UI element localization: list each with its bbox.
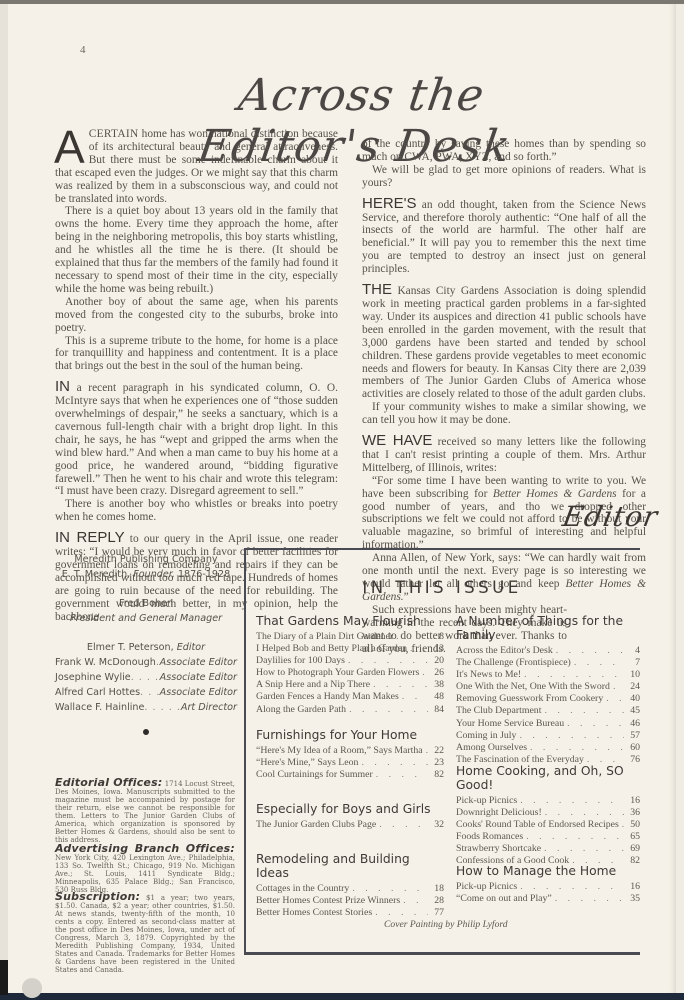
toc-entry[interactable]: A Snip Here and a Nip There. . . . . . .…: [256, 679, 444, 691]
leader-dots: . . . . . . . . . . . . . . . . . .: [400, 895, 428, 907]
leader-dots: . . . . . . . . . . . . . . . . . .: [553, 645, 624, 657]
lead-in: THE: [362, 281, 392, 298]
toc-section-gardens: That Gardens May FlourishThe Diary of a …: [256, 614, 444, 716]
toc-entry[interactable]: Strawberry Shortcake. . . . . . . . . . …: [456, 843, 640, 855]
toc-entry-title: How to Photograph Your Garden Flowers: [256, 667, 419, 679]
toc-section-title: Remodeling and Building Ideas: [256, 852, 444, 880]
toc-entry[interactable]: “Come on out and Play”. . . . . . . . . …: [456, 893, 640, 905]
toc-entry-title: The Diary of a Plain Dirt Gardener: [256, 631, 393, 643]
section-gap: [55, 373, 338, 381]
toc-entry-page: 60: [624, 742, 640, 754]
toc-entry-page: 7: [624, 657, 640, 669]
toc-entry-page: 23: [428, 757, 444, 769]
editorial-paragraph: of the country by saving these homes tha…: [362, 138, 646, 164]
founder-years: 1876-1928: [175, 569, 230, 580]
toc-entry[interactable]: The Challenge (Frontispiece). . . . . . …: [456, 657, 640, 669]
president-role-text: President and General Manager: [70, 613, 222, 624]
toc-entry-page: 77: [428, 907, 444, 919]
toc-section-remodeling: Remodeling and Building IdeasCottages in…: [256, 852, 444, 919]
toc-entry[interactable]: Foods Romances. . . . . . . . . . . . . …: [456, 831, 640, 843]
leader-dots: . . . . . . . . . . . . . . . . . .: [541, 705, 624, 717]
scan-bottom-border: [0, 993, 684, 1000]
toc-entry[interactable]: “Here's Mine,” Says Leon. . . . . . . . …: [256, 757, 444, 769]
toc-entry-title: Better Homes Contest Stories: [256, 907, 372, 919]
toc-entry[interactable]: I Helped Bob and Betty Plan a Garden. . …: [256, 643, 444, 655]
bullet-divider: [143, 729, 149, 735]
subscription-text: $1 a year; two years, $1.50. Canada, $2 …: [55, 894, 235, 974]
toc-entry[interactable]: How to Photograph Your Garden Flowers. .…: [256, 667, 444, 679]
toc-entry-page: 57: [624, 730, 640, 742]
toc-section-title: How to Manage the Home: [456, 864, 640, 878]
toc-entry-page: 84: [428, 704, 444, 716]
editorial-paragraph: There is a quiet boy about 13 years old …: [55, 205, 338, 295]
editorial-paragraph: ACERTAIN home has won national distincti…: [55, 128, 338, 205]
lead-in: WE HAVE: [362, 432, 432, 449]
founder-line: E. T. Meredith, Founder, 1876-1928: [55, 567, 237, 582]
toc-section-title: Home Cooking, and Oh, SO Good!: [456, 764, 640, 792]
leader-dots: . . . . . . . . . . . . . . . . . .: [516, 730, 624, 742]
toc-heading: IN THIS ISSUE: [244, 578, 640, 597]
toc-section-family: A Number of Things for the FamilyAcross …: [456, 614, 640, 766]
toc-entry-title: Pick-up Picnics: [456, 795, 517, 807]
toc-entry-title: “Come on out and Play”: [456, 893, 552, 905]
advertising-offices-text: New York City, 420 Lexington Ave.; Phila…: [55, 854, 235, 894]
toc-entry-page: 26: [428, 667, 444, 679]
toc-entry-page: 22: [428, 745, 444, 757]
editor-name: Elmer T. Peterson,: [87, 642, 177, 653]
leader-dots: . . . . . . . . . . . . . . . . . .: [407, 643, 428, 655]
toc-entry[interactable]: Cottages in the Country. . . . . . . . .…: [256, 883, 444, 895]
staff-row: Frank W. McDonough . . . . . . . . . . .…: [55, 655, 237, 670]
leader-dots: . . . . . . . . . . . . . . . . . .: [349, 883, 428, 895]
toc-entry-page: 82: [428, 769, 444, 781]
masthead: Meredith Publishing Company E. T. Meredi…: [55, 552, 237, 735]
toc-entry[interactable]: Removing Guesswork From Cookery. . . . .…: [456, 693, 640, 705]
page-left-edge: [0, 0, 8, 1000]
toc-entry-title: The Junior Garden Clubs Page: [256, 819, 376, 831]
leader-dots: . . . . . . . . . . . . . . . . . . . .: [131, 670, 160, 685]
toc-entry[interactable]: “Here's My Idea of a Room,” Says Martha.…: [256, 745, 444, 757]
editorial-paragraph: HERE'S an odd thought, taken from the Sc…: [362, 198, 646, 276]
toc-entry[interactable]: Daylilies for 100 Days. . . . . . . . . …: [256, 655, 444, 667]
toc-entry-page: 8: [428, 631, 444, 643]
leader-dots: . . . . . . . . . . . . . . . . . .: [517, 881, 624, 893]
leader-dots: . . . . . . . . . . . . . . . . . .: [346, 704, 428, 716]
founder-name: E. T. Meredith,: [62, 569, 134, 580]
staff-role: Associate Editor: [160, 670, 237, 685]
leader-dots: . . . . . . . . . . . . . . . . . .: [373, 769, 428, 781]
editorial-paragraph: IN a recent paragraph in his syndicated …: [55, 381, 338, 498]
toc-entry-title: Cottages in the Country: [256, 883, 349, 895]
toc-section-title: Especially for Boys and Girls: [256, 802, 444, 816]
toc-entry-page: 40: [624, 693, 640, 705]
toc-entry-page: 45: [624, 705, 640, 717]
advertising-offices: Advertising Branch Offices: New York Cit…: [55, 845, 235, 894]
toc-entry-page: 16: [624, 881, 640, 893]
editorial-paragraph: WE HAVE received so many letters like th…: [362, 435, 646, 475]
toc-entry[interactable]: Better Homes Contest Stories. . . . . . …: [256, 907, 444, 919]
toc-entry-title: Pick-up Picnics: [456, 881, 517, 893]
toc-entry-page: 24: [624, 681, 640, 693]
toc-entry-page: 48: [428, 691, 444, 703]
lead-in: CERTAIN: [89, 128, 139, 140]
leader-dots: . . . . . . . . . . . . . . . . . . . .: [144, 700, 181, 715]
publisher-name: Meredith Publishing Company: [55, 552, 237, 567]
toc-entry[interactable]: Cool Curtainings for Summer. . . . . . .…: [256, 769, 444, 781]
toc-entry[interactable]: Your Home Service Bureau. . . . . . . . …: [456, 718, 640, 730]
toc-entry-title: Garden Fences a Handy Man Makes: [256, 691, 399, 703]
toc-entry-title: The Challenge (Frontispiece): [456, 657, 571, 669]
leader-dots: . . . . . . . . . . . . . . . . . .: [345, 655, 428, 667]
leader-dots: . . . . . . . . . . . . . . . . . .: [399, 691, 428, 703]
staff-row: Josephine Wylie . . . . . . . . . . . . …: [55, 670, 237, 685]
toc-entry-title: It's News to Me!: [456, 669, 521, 681]
toc-entry[interactable]: Garden Fences a Handy Man Makes. . . . .…: [256, 691, 444, 703]
toc-entry-title: Foods Romances: [456, 831, 523, 843]
leader-dots: . . . . . . . . . . . . . . . . . .: [610, 681, 624, 693]
leader-dots: . . . . . . . . . . . . . . . . . .: [523, 831, 624, 843]
toc-entry[interactable]: The Junior Garden Clubs Page. . . . . . …: [256, 819, 444, 831]
toc-entry-title: Better Homes Contest Prize Winners: [256, 895, 400, 907]
leader-dots: . . . . . . . . . . . . . . . . . .: [552, 893, 624, 905]
toc-entry-page: 38: [428, 679, 444, 691]
leader-dots: . . . . . . . . . . . . . . . . . .: [603, 693, 624, 705]
lead-in: HERE'S: [362, 195, 417, 212]
drop-cap: A: [54, 128, 85, 166]
toc-entry[interactable]: One With the Net, One With the Sword. . …: [456, 681, 640, 693]
toc-entry[interactable]: Across the Editor's Desk. . . . . . . . …: [456, 645, 640, 657]
leader-dots: . . . . . . . . . . . . . . . . . .: [370, 679, 428, 691]
toc-section-manage: How to Manage the HomePick-up Picnics. .…: [456, 864, 640, 905]
toc-entry-title: Downright Delicious!: [456, 807, 542, 819]
editorial-paragraph: This is a supreme tribute to the home, f…: [55, 335, 338, 374]
toc-entry[interactable]: Among Ourselves. . . . . . . . . . . . .…: [456, 742, 640, 754]
staff-role: Art Director: [181, 700, 237, 715]
magazine-name: Better Homes & Gardens: [493, 488, 617, 500]
lead-in: IN REPLY: [55, 529, 125, 546]
staff-list: Frank W. McDonough . . . . . . . . . . .…: [55, 655, 237, 715]
section-gap: [362, 276, 646, 284]
toc-entry-title: Cooks' Round Table of Endorsed Recipes: [456, 819, 619, 831]
leader-dots: . . . . . . . . . . . . . . . . . .: [542, 807, 624, 819]
leader-dots: . . . . . . . . . . . . . . . . . .: [376, 819, 428, 831]
cover-credit: Cover Painting by Philip Lyford: [384, 919, 508, 930]
leader-dots: . . . . . . . . . . . . . . . . . .: [571, 657, 624, 669]
president-name: Fred Bohen: [55, 596, 237, 611]
toc-entry-title: “Here's My Idea of a Room,” Says Martha: [256, 745, 423, 757]
toc-entry-title: Among Ourselves: [456, 742, 527, 754]
toc-entry-title: “Here's Mine,” Says Leon: [256, 757, 358, 769]
toc-entry-title: Coming in July: [456, 730, 516, 742]
toc-entry-title: Strawberry Shortcake: [456, 843, 541, 855]
leader-dots: . . . . . . . . . . . . . . . . . .: [517, 795, 624, 807]
leader-dots: . . . . . . . . . . . . . . . . . .: [358, 757, 428, 769]
toc-entry-page: 69: [624, 843, 640, 855]
toc-entry[interactable]: The Club Department. . . . . . . . . . .…: [456, 705, 640, 717]
toc-entry[interactable]: The Diary of a Plain Dirt Gardener. . . …: [256, 631, 444, 643]
toc-entry-page: 35: [624, 893, 640, 905]
toc-entry-title: Along the Garden Path: [256, 704, 346, 716]
leader-dots: . . . . . . . . . . . . . . . . . .: [393, 631, 428, 643]
staff-name: Alfred Carl Hottes: [55, 685, 140, 700]
leader-dots: . . . . . . . . . . . . . . . . . .: [521, 669, 624, 681]
toc-entry-page: 50: [624, 819, 640, 831]
editorial-paragraph: THE Kansas City Gardens Association is d…: [362, 284, 646, 401]
leader-dots: . . . . . . . . . . . . . . . . . .: [541, 843, 624, 855]
toc-border-bottom: [244, 952, 640, 955]
toc-section-furnishings: Furnishings for Your Home“Here's My Idea…: [256, 728, 444, 781]
toc-entry[interactable]: Cooks' Round Table of Endorsed Recipes. …: [456, 819, 640, 831]
editorial-offices-text: 1714 Locust Street, Des Moines, Iowa. Ma…: [55, 780, 235, 844]
toc-section-title: That Gardens May Flourish: [256, 614, 444, 628]
toc-entry-title: Cool Curtainings for Summer: [256, 769, 373, 781]
editorial-paragraph: We will be glad to get more opinions of …: [362, 164, 646, 190]
toc-entry[interactable]: Downright Delicious!. . . . . . . . . . …: [456, 807, 640, 819]
staff-name: Wallace F. Hainline: [55, 700, 144, 715]
editorial-paragraph: There is another boy who whistles or bre…: [55, 498, 338, 524]
toc-entry-page: 46: [624, 718, 640, 730]
leader-dots: . . . . . . . . . . . . . . . . . .: [527, 742, 624, 754]
subscription-info: Subscription: $1 a year; two years, $1.5…: [55, 893, 235, 974]
editor-line: Elmer T. Peterson, Editor: [55, 640, 237, 655]
toc-border-left: [244, 548, 246, 954]
toc-entry-page: 28: [428, 895, 444, 907]
editorial-paragraph: Another boy of about the same age, when …: [55, 296, 338, 335]
cover-credit-label: Cover Painting by: [384, 919, 457, 930]
scan-thumb-mark: [22, 978, 42, 998]
toc-section-cooking: Home Cooking, and Oh, SO Good!Pick-up Pi…: [456, 764, 640, 868]
editor-role: Editor: [177, 642, 205, 653]
toc-entry-title: I Helped Bob and Betty Plan a Garden: [256, 643, 407, 655]
toc-entry[interactable]: Better Homes Contest Prize Winners. . . …: [256, 895, 444, 907]
editorial-paragraph: If your community wishes to make a simil…: [362, 401, 646, 427]
editorial-offices: Editorial Offices: 1714 Locust Street, D…: [55, 779, 235, 844]
founder-role: Founder,: [133, 569, 175, 580]
editor-signature: Editor: [560, 500, 661, 533]
toc-entry-page: 18: [428, 883, 444, 895]
page-number: 4: [80, 44, 86, 56]
toc-section-boys-girls: Especially for Boys and GirlsThe Junior …: [256, 802, 444, 831]
staff-role: Associate Editor: [160, 685, 237, 700]
toc-entry-page: 10: [624, 669, 640, 681]
table-of-contents: IN THIS ISSUE That Gardens May FlourishT…: [244, 548, 640, 954]
toc-entry[interactable]: Along the Garden Path. . . . . . . . . .…: [256, 704, 444, 716]
leader-dots: . . . . . . . . . . . . . . . . . .: [419, 667, 428, 679]
staff-row: Wallace F. Hainline . . . . . . . . . . …: [55, 700, 237, 715]
cover-artist: Philip Lyford: [457, 919, 508, 930]
toc-entry-title: Removing Guesswork From Cookery: [456, 693, 603, 705]
staff-name: Frank W. McDonough: [55, 655, 156, 670]
leader-dots: . . . . . . . . . . . . . . . . . . . .: [140, 685, 160, 700]
toc-entry-page: 65: [624, 831, 640, 843]
staff-name: Josephine Wylie: [55, 670, 131, 685]
toc-section-title: A Number of Things for the Family: [456, 614, 640, 642]
lead-in: IN: [55, 378, 70, 395]
toc-entry-title: Your Home Service Bureau: [456, 718, 564, 730]
toc-entry-title: Across the Editor's Desk: [456, 645, 553, 657]
toc-entry-title: A Snip Here and a Nip There: [256, 679, 370, 691]
toc-section-title: Furnishings for Your Home: [256, 728, 444, 742]
leader-dots: . . . . . . . . . . . . . . . . . .: [372, 907, 428, 919]
toc-entry-page: 20: [428, 655, 444, 667]
toc-entry-title: One With the Net, One With the Sword: [456, 681, 610, 693]
toc-entry-title: The Club Department: [456, 705, 541, 717]
toc-entry[interactable]: Pick-up Picnics. . . . . . . . . . . . .…: [456, 881, 640, 893]
toc-entry-page: 32: [428, 819, 444, 831]
toc-entry[interactable]: Coming in July. . . . . . . . . . . . . …: [456, 730, 640, 742]
toc-entry-page: 4: [624, 645, 640, 657]
toc-entry[interactable]: It's News to Me!. . . . . . . . . . . . …: [456, 669, 640, 681]
toc-entry-title: Daylilies for 100 Days: [256, 655, 345, 667]
staff-role: Associate Editor: [160, 655, 237, 670]
leader-dots: . . . . . . . . . . . . . . . . . .: [564, 718, 624, 730]
president-role: President and General Manager: [55, 611, 237, 626]
scan-corner: [0, 960, 8, 995]
toc-border-top: [244, 548, 640, 550]
staff-row: Alfred Carl Hottes . . . . . . . . . . .…: [55, 685, 237, 700]
toc-entry[interactable]: Pick-up Picnics. . . . . . . . . . . . .…: [456, 795, 640, 807]
toc-entry-page: 16: [624, 795, 640, 807]
toc-entry-page: 13: [428, 643, 444, 655]
toc-entry-page: 36: [624, 807, 640, 819]
